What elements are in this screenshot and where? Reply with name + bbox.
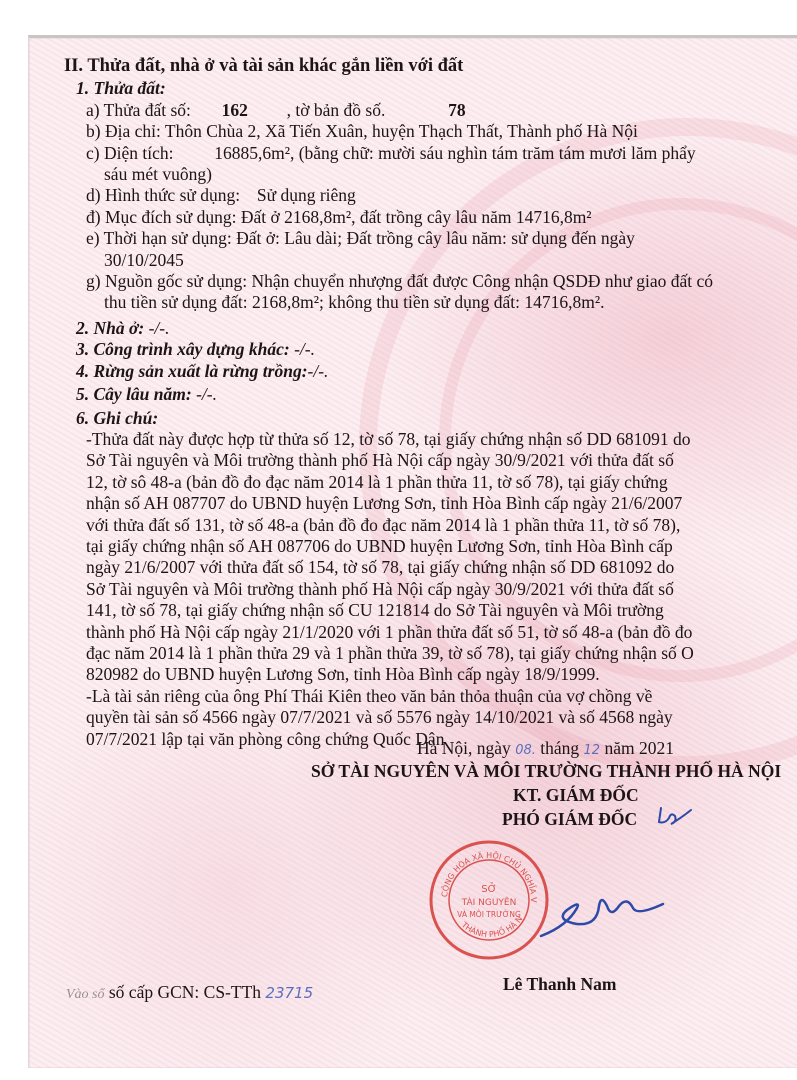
use-form-row: d) Hình thức sử dụng: Sử dụng riêng [64,185,784,206]
note-line: ngày 21/6/2007 với thửa đất số 154, tờ s… [86,557,784,578]
certificate-page: II. Thửa đất, nhà ở và tài sản khác gắn … [28,35,797,1068]
note-line: quyền tài sản số 4566 ngày 07/7/2021 và … [86,707,784,728]
svg-text:TÀI NGUYÊN: TÀI NGUYÊN [461,896,517,908]
parcel-row: a) Thửa đất số: 162 , tờ bản đồ số. 78 [64,100,784,121]
note-line: Sở Tài nguyên và Môi trường thành phố Hà… [86,579,784,600]
note-line: 12, tờ sô 48-a (bản đồ đo đạc năm 2014 l… [86,472,784,493]
term-value: Đất ở: Lâu dài; Đất trồng cây lâu năm: s… [236,228,635,248]
address-row: b) Địa chỉ: Thôn Chùa 2, Xã Tiến Xuân, h… [64,121,784,142]
purpose-row: đ) Mục đích sử dụng: Đất ở 2168,8m², đất… [64,207,784,228]
notes-heading: 6. Ghi chú: [64,408,784,429]
item-house: 2. Nhà ở: -/-. [64,318,784,339]
certificate-issue-number: Vào sổ số cấp GCN: CS-TTh 23715 [66,982,313,1003]
land-heading: 1. Thửa đất: [64,78,784,99]
deputy-director-title: PHÓ GIÁM ĐỐC [502,809,637,830]
parcel-label: a) Thửa đất số: [86,100,191,120]
notes-body: -Thửa đất này được hợp từ thửa số 12, tờ… [64,429,784,750]
initial-signature-icon [655,804,695,830]
origin-label: g) Nguồn gốc sử dụng: [86,271,247,291]
svg-text:SỞ: SỞ [481,881,496,895]
faded-prefix: Vào sổ [66,987,105,1002]
on-behalf-director: KT. GIÁM ĐỐC [513,785,639,806]
note-line: -Thửa đất này được hợp từ thửa số 12, tờ… [86,429,784,450]
signer-name: Lê Thanh Nam [503,974,616,995]
area-label: c) Diện tích: [86,143,173,163]
term-row: e) Thời hạn sử dụng: Đất ở: Lâu dài; Đất… [64,228,784,249]
map-sheet-label: , tờ bản đồ số. [287,100,386,120]
address-label: b) Địa chỉ: [86,121,161,141]
note-line: với thửa đất số 131, tờ số 48-a (bản đồ … [86,515,784,536]
use-form-label: d) Hình thức sử dụng: [86,185,240,205]
svg-text:VÀ MÔI TRƯỜNG: VÀ MÔI TRƯỜNG [457,910,521,919]
handwritten-signature-icon [537,886,667,946]
handwritten-day: 08. [515,743,536,758]
item-plantation-forest: 4. Rừng sản xuất là rừng trồng:-/-. [64,361,784,382]
parcel-number: 162 [222,100,248,120]
item-other-construction: 3. Công trình xây dựng khác: -/-. [64,339,784,360]
note-line: 141, tờ số 78, tại giấy chứng nhận số CU… [86,600,784,621]
certificate-content: II. Thửa đất, nhà ở và tài sản khác gắn … [64,56,784,750]
place-date: Hà Nội, ngày 08. tháng 12 năm 2021 [417,738,674,759]
area-row: c) Diện tích: 16885,6m², (bằng chữ: mười… [64,143,784,164]
note-line: Sở Tài nguyên và Môi trường thành phố Hà… [86,450,784,471]
origin-value: Nhận chuyển nhượng đất được Công nhận QS… [252,271,714,291]
term-label: e) Thời hạn sử dụng: [86,228,232,248]
origin-row: g) Nguồn gốc sử dụng: Nhận chuyển nhượng… [64,271,784,292]
note-line: tại giấy chứng nhận số AH 087706 do UBND… [86,536,784,557]
address-value: Thôn Chùa 2, Xã Tiến Xuân, huyện Thạch T… [165,121,638,141]
note-line: thành phố Hà Nội cấp ngày 21/1/2020 với … [86,622,784,643]
note-line: đạc năm 2014 là 1 phần thửa 29 và 1 phần… [86,643,784,664]
note-line: nhận số AH 087707 do UBND huyện Lương Sơ… [86,493,784,514]
use-form-value: Sử dụng riêng [257,185,356,205]
note-line: -Là tài sản riêng của ông Phí Thái Kiên … [86,686,784,707]
handwritten-month: 12 [584,743,601,758]
item-perennial-trees: 5. Cây lâu năm: -/-. [64,384,784,405]
issuing-agency: SỞ TÀI NGUYÊN VÀ MÔI TRƯỜNG THÀNH PHỐ HÀ… [311,761,781,782]
purpose-label: đ) Mục đích sử dụng: [86,207,236,227]
area-words: (bằng chữ: mười sáu nghìn tám trăm tám m… [299,143,696,163]
official-seal-icon: CỘNG HÒA XÃ HỘI CHỦ NGHĨA VIỆT NAM THÀNH… [427,838,551,962]
area-value: 16885,6m², [214,143,294,163]
note-line: 820982 do UBND huyện Lương Sơn, tỉnh Hòa… [86,664,784,685]
section-title: II. Thửa đất, nhà ở và tài sản khác gắn … [64,56,784,77]
term-value-cont: 30/10/2045 [64,250,784,271]
origin-value-cont: thu tiền sử dụng đất: 2168,8m²; không th… [64,292,784,313]
certificate-number-label: số cấp GCN: CS-TTh [109,982,261,1002]
handwritten-certificate-number: 23715 [265,984,313,1002]
map-sheet-number: 78 [448,100,466,120]
purpose-value: Đất ở 2168,8m², đất trồng cây lâu năm 14… [241,207,592,227]
area-words-cont: sáu mét vuông) [64,164,784,185]
